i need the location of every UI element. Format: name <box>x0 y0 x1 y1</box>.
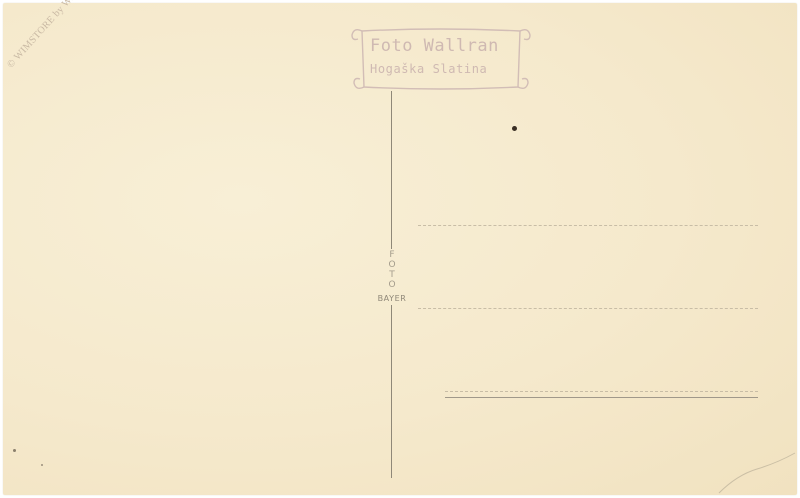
foto-vertical-text: F O T O <box>385 250 399 290</box>
foto-letter: F <box>385 250 399 260</box>
copyright-watermark: © WIMSTORE by Walkner <box>5 0 92 70</box>
photographer-stamp: Foto Wallran Hogaška Slatina <box>348 27 533 93</box>
ink-spot <box>512 126 517 131</box>
stamp-studio-name: Foto Wallran <box>370 36 499 56</box>
foto-letter: T <box>385 270 399 280</box>
corner-crease-icon <box>717 445 797 495</box>
foxing-spot <box>41 464 43 466</box>
foto-letter: O <box>385 280 399 290</box>
publisher-name: BAYER <box>369 294 415 303</box>
address-line-1 <box>418 225 758 226</box>
center-divider-bottom <box>391 305 392 478</box>
stamp-location: Hogaška Slatina <box>370 62 487 76</box>
foxing-spot <box>13 449 16 452</box>
center-divider-top <box>391 91 392 249</box>
address-line-2 <box>418 308 758 309</box>
address-underline <box>445 397 758 398</box>
address-line-3 <box>445 391 758 392</box>
foto-letter: O <box>385 260 399 270</box>
postcard-back: © WIMSTORE by Walkner Foto Wallran Hogaš… <box>3 3 797 495</box>
